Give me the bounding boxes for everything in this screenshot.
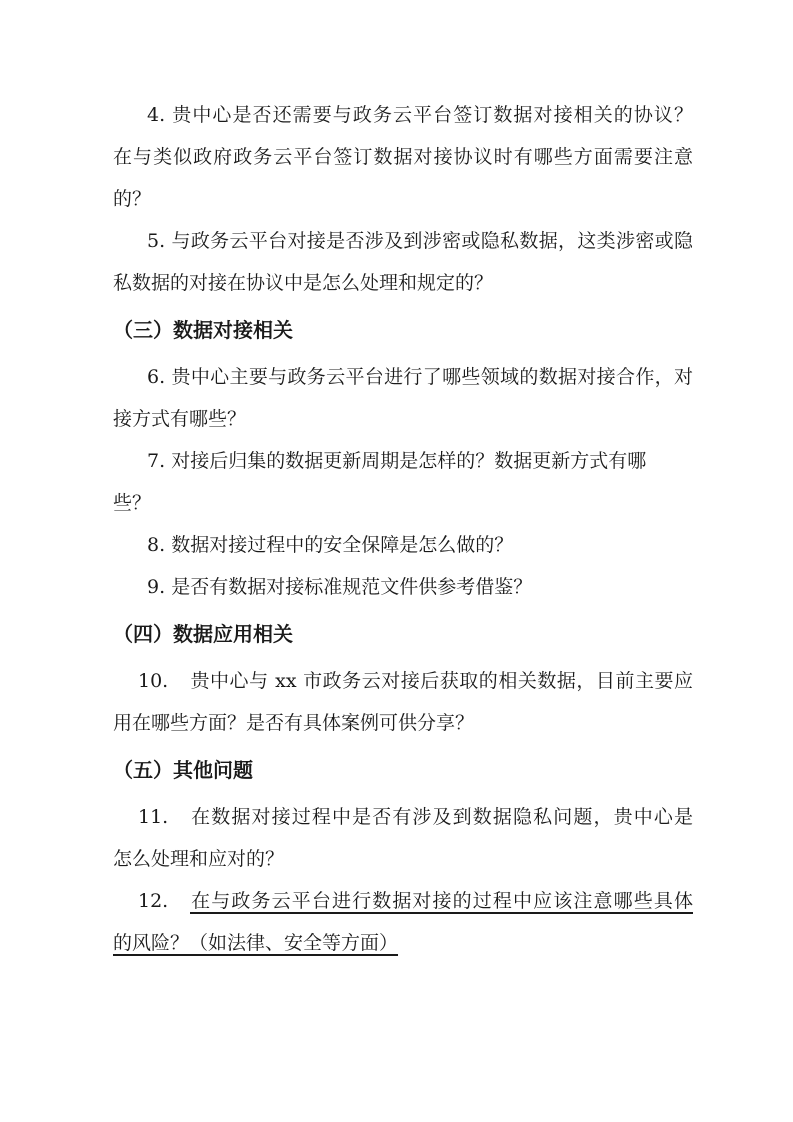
question-9-line-1: 9. 是否有数据对接标准规范文件供参考借鉴？: [113, 566, 693, 608]
question-4-line-3: 的？: [113, 178, 693, 220]
question-text: 在数据对接过程中是否有涉及到数据隐私问题，贵中心是: [190, 806, 693, 828]
question-4: 4. 贵中心是否还需要与政务云平台签订数据对接相关的协议？在与类似政府政务云平台…: [113, 94, 693, 220]
question-text: 贵中心是否还需要与政务云平台签订数据对接相关的协议？: [172, 104, 693, 126]
question-6: 6. 贵中心主要与政务云平台进行了哪些领域的数据对接合作，对接方式有哪些？: [113, 356, 693, 440]
question-number: 8.: [147, 534, 165, 556]
question-6-line-2: 接方式有哪些？: [113, 398, 693, 440]
question-text: 贵中心与 xx 市政务云对接后获取的相关数据，目前主要应: [190, 670, 693, 692]
question-10-line-1: 10.贵中心与 xx 市政务云对接后获取的相关数据，目前主要应: [113, 660, 693, 702]
question-9: 9. 是否有数据对接标准规范文件供参考借鉴？: [113, 566, 693, 608]
section-heading-number: （四）: [113, 622, 173, 646]
question-7: 7. 对接后归集的数据更新周期是怎样的？数据更新方式有哪些？: [113, 440, 693, 524]
question-number: 6.: [147, 366, 165, 388]
question-number: 11.: [138, 796, 190, 838]
question-10: 10.贵中心与 xx 市政务云对接后获取的相关数据，目前主要应用在哪些方面？是否…: [113, 660, 693, 744]
question-7-line-1: 7. 对接后归集的数据更新周期是怎样的？数据更新方式有哪: [113, 440, 693, 482]
question-text: 怎么处理和应对的？: [113, 848, 284, 870]
question-number: 5.: [147, 230, 165, 252]
question-number: 12.: [138, 880, 190, 922]
section-heading-number: （三）: [113, 318, 173, 342]
question-number: 10.: [138, 660, 190, 702]
section-heading-title: 数据对接相关: [173, 318, 293, 342]
section-heading-number: （五）: [113, 758, 173, 782]
question-text: 些？: [113, 492, 151, 514]
question-text: 的风险？（如法律、安全等方面）: [113, 932, 398, 954]
document-content: 4. 贵中心是否还需要与政务云平台签订数据对接相关的协议？在与类似政府政务云平台…: [113, 94, 693, 964]
question-text: 接方式有哪些？: [113, 408, 246, 430]
question-text: 在与类似政府政务云平台签订数据对接协议时有哪些方面需要注意: [113, 146, 693, 168]
question-6-line-1: 6. 贵中心主要与政务云平台进行了哪些领域的数据对接合作，对: [113, 356, 693, 398]
question-text: 对接后归集的数据更新周期是怎样的？数据更新方式有哪: [171, 450, 646, 472]
question-7-line-2: 些？: [113, 482, 693, 524]
question-text: 在与政务云平台进行数据对接的过程中应该注意哪些具体: [190, 890, 693, 912]
question-number: 9.: [147, 576, 165, 598]
question-text: 私数据的对接在协议中是怎么处理和规定的？: [113, 272, 493, 294]
section-heading-title: 数据应用相关: [173, 622, 293, 646]
question-number: 7.: [147, 450, 165, 472]
document-page: 4. 贵中心是否还需要与政务云平台签订数据对接相关的协议？在与类似政府政务云平台…: [0, 0, 793, 1122]
question-text: 是否有数据对接标准规范文件供参考借鉴？: [171, 576, 532, 598]
question-8: 8. 数据对接过程中的安全保障是怎么做的？: [113, 524, 693, 566]
question-12: 12.在与政务云平台进行数据对接的过程中应该注意哪些具体的风险？（如法律、安全等…: [113, 880, 693, 964]
section-heading-section-3: （三）数据对接相关: [113, 309, 693, 351]
question-number: 4.: [147, 104, 165, 126]
question-10-line-2: 用在哪些方面？是否有具体案例可供分享？: [113, 702, 693, 744]
section-heading-title: 其他问题: [173, 758, 253, 782]
section-heading-section-4: （四）数据应用相关: [113, 613, 693, 655]
question-text: 与政务云平台对接是否涉及到涉密或隐私数据，这类涉密或隐: [172, 230, 693, 252]
question-11-line-1: 11.在数据对接过程中是否有涉及到数据隐私问题，贵中心是: [113, 796, 693, 838]
question-12-line-2: 的风险？（如法律、安全等方面）: [113, 922, 693, 964]
section-heading-section-5: （五）其他问题: [113, 749, 693, 791]
question-text: 贵中心主要与政务云平台进行了哪些领域的数据对接合作，对: [172, 366, 693, 388]
question-11: 11.在数据对接过程中是否有涉及到数据隐私问题，贵中心是怎么处理和应对的？: [113, 796, 693, 880]
question-11-line-2: 怎么处理和应对的？: [113, 838, 693, 880]
question-5-line-2: 私数据的对接在协议中是怎么处理和规定的？: [113, 262, 693, 304]
question-12-line-1: 12.在与政务云平台进行数据对接的过程中应该注意哪些具体: [113, 880, 693, 922]
question-text: 的？: [113, 188, 151, 210]
question-5-line-1: 5. 与政务云平台对接是否涉及到涉密或隐私数据，这类涉密或隐: [113, 220, 693, 262]
question-8-line-1: 8. 数据对接过程中的安全保障是怎么做的？: [113, 524, 693, 566]
question-text: 数据对接过程中的安全保障是怎么做的？: [171, 534, 513, 556]
question-text: 用在哪些方面？是否有具体案例可供分享？: [113, 712, 474, 734]
question-4-line-2: 在与类似政府政务云平台签订数据对接协议时有哪些方面需要注意: [113, 136, 693, 178]
question-5: 5. 与政务云平台对接是否涉及到涉密或隐私数据，这类涉密或隐私数据的对接在协议中…: [113, 220, 693, 304]
question-4-line-1: 4. 贵中心是否还需要与政务云平台签订数据对接相关的协议？: [113, 94, 693, 136]
